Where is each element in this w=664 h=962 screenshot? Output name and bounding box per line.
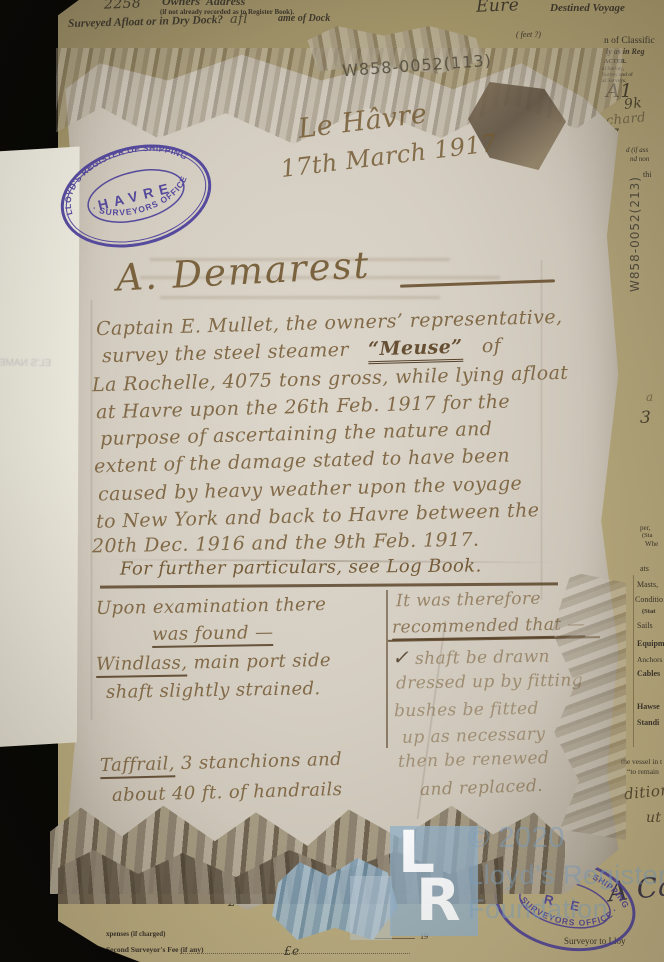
thi-fragment: thi — [643, 170, 651, 179]
left-col-line-3-rest: main port side — [193, 650, 331, 673]
vessel-note-1: the vessel in t — [621, 757, 662, 766]
column-divider — [386, 590, 388, 748]
boats-fragment: ats — [640, 564, 649, 573]
left-col-line-2: was found — — [152, 622, 274, 645]
lr-logo-letter-r: R — [416, 866, 461, 934]
if-assigned-2: nd non — [630, 155, 649, 163]
lr-logo: L R — [390, 826, 478, 936]
was-found-underlined: was found — — [152, 622, 274, 648]
right-col-line-3: ✓ shaft be drawn — [392, 643, 550, 670]
vessel-name: “Meuse” — [368, 336, 463, 364]
right-col-line-1: It was therefore — [396, 589, 541, 612]
if-assigned-1: d (if ass — [626, 146, 648, 154]
dock-answer: Eure — [476, 0, 520, 17]
handwriting-3: 3 — [640, 408, 651, 428]
body-line-2-post: of — [482, 335, 502, 357]
show-through-ghost-text: EL’S NAME — [0, 358, 51, 370]
fee-dotted-line — [180, 953, 410, 954]
left-col-line-1: Upon examination there — [96, 594, 327, 619]
surveyed-answer: afl — [230, 12, 248, 27]
per-fragment: per, — [640, 524, 650, 532]
right-col-line-6: up as necessary — [402, 724, 546, 748]
vertical-reference: W858-0052(213) — [628, 176, 642, 292]
hawsers-label: Hawse — [637, 702, 660, 711]
vessel-note-2: “to remain — [627, 767, 659, 776]
particulars-line: For further particulars, see Log Book. — [120, 555, 482, 579]
right-col-line-8: and replaced. — [420, 776, 544, 800]
lr-logo-pale-patch — [350, 876, 392, 940]
scanned-document: 2258 Owners' Address (if not already rec… — [0, 0, 664, 962]
condition-label: Conditio — [635, 595, 663, 604]
watermark-line-2: Foundation — [468, 894, 608, 925]
expenses-label: xpenses (if charged) — [106, 930, 166, 938]
stat-fragment: (Stat — [642, 608, 655, 615]
whe-fragment: Whe — [645, 540, 658, 548]
destined-voyage-label: Destined Voyage — [550, 2, 625, 14]
handwriting-ut: ut — [646, 810, 661, 826]
masts-label: Masts, — [637, 580, 658, 589]
ghost-writing — [160, 296, 440, 299]
windlass-underlined: Windlass, — [96, 652, 188, 678]
sta-fragment: (Sta — [642, 532, 652, 539]
classification-line-1: n of Classific — [604, 36, 655, 46]
form-ref-number: 2258 — [104, 0, 142, 13]
right-col-line-5: bushes be fitted — [394, 699, 539, 722]
left-col-line-4: shaft slightly strained. — [106, 678, 321, 703]
right-col-line-4: dressed up by fitting — [396, 670, 583, 693]
anchors-label: Anchors — [637, 655, 662, 664]
dock-label: ame of Dock — [278, 13, 330, 24]
right-col-line-7: then be renewed — [398, 748, 550, 772]
sails-label: Sails — [637, 621, 653, 630]
left-col-line-3: Windlass, main port side — [96, 650, 331, 675]
handwriting-a: a — [646, 390, 654, 404]
form-table-line — [633, 575, 634, 747]
equipment-label: Equipm — [637, 639, 664, 648]
cables-label: Cables — [637, 669, 660, 678]
standing-label: Standi — [637, 718, 659, 727]
tick-mark: ✓ — [392, 645, 410, 669]
fold-crease — [90, 300, 93, 720]
right-col-line-3-text: shaft be drawn — [415, 647, 550, 669]
taffrail-underlined: Taffrail, — [100, 753, 175, 779]
watermark-line-1: Lloyd’s Register — [468, 860, 664, 891]
watermark-copyright: © 2020 — [468, 822, 565, 855]
left-col-line-5-rest: 3 stanchions and — [181, 749, 343, 774]
pound-entry-2: £e — [284, 944, 300, 958]
feet-note: ( feet ?) — [516, 30, 541, 39]
